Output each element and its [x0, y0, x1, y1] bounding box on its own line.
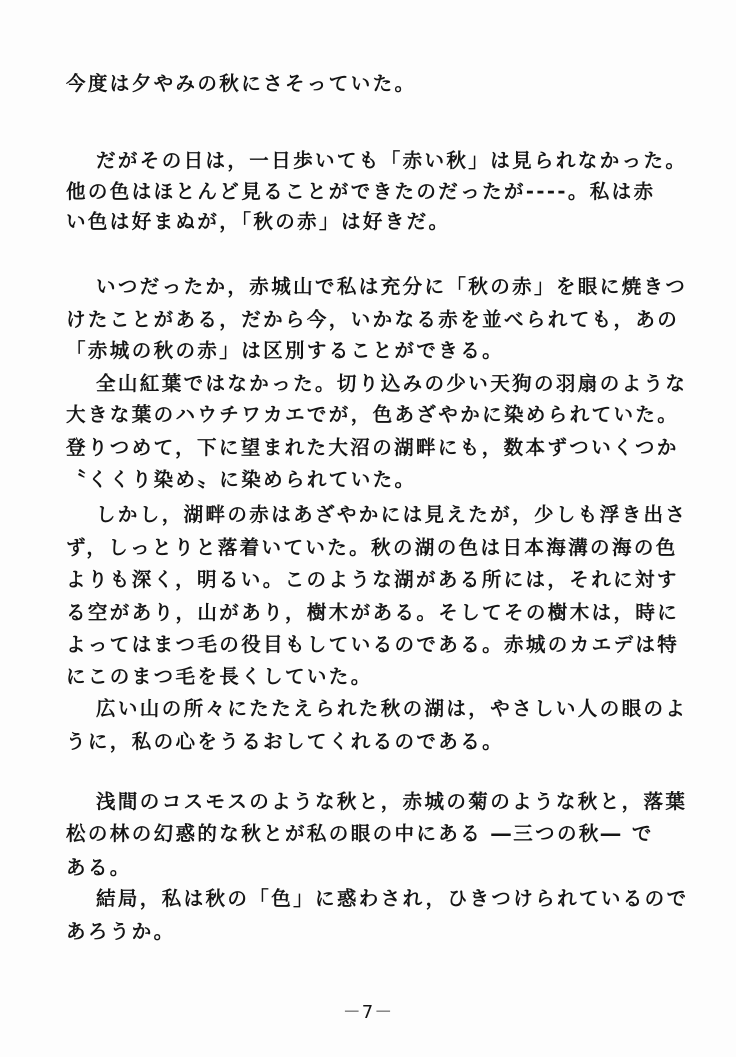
- text-line: けたことがある，だから今，いかなる赤を並べられても，あの: [66, 308, 679, 332]
- page-number: －7－: [0, 998, 736, 1024]
- text-line: にこのまつ毛を長くしていた。: [66, 665, 373, 689]
- text-line: 〝くくり染め〟に染められていた。: [66, 468, 416, 492]
- text-line: ず，しっとりと落着いていた。秋の湖の色は日本海溝の海の色: [66, 536, 678, 560]
- text-line: 今度は夕やみの秋にさそっていた。: [66, 72, 416, 96]
- text-line: 松の林の幻惑的な秋とが私の眼の中にある ―三つの秋― で: [66, 822, 654, 846]
- text-line: しかし，湖畔の赤はあざやかには見えたが，少しも浮き出さ: [96, 503, 687, 527]
- text-line: 全山紅葉ではなかった。切り込みの少い天狗の羽扇のような: [96, 372, 687, 396]
- text-line: 他の色はほとんど見ることができたのだったが----。私は赤: [66, 180, 655, 204]
- text-line: る空があり，山があり，樹木がある。そしてその樹木は，時に: [66, 601, 679, 625]
- text-line: いつだったか，赤城山で私は充分に「秋の赤」を眼に焼きつ: [96, 275, 687, 299]
- text-line: うに，私の心をうるおしてくれるのである。: [66, 730, 504, 754]
- text-line: だがその日は，一日歩いても「赤い秋」は見られなかった。: [96, 149, 687, 173]
- text-line: よりも深く，明るい。このような湖がある所には，それに対す: [66, 568, 679, 592]
- text-line: よってはまつ毛の役目もしているのである。赤城のカエデは特: [66, 633, 679, 657]
- text-line: あろうか。: [66, 920, 176, 944]
- text-line: 結局，私は秋の「色」に惑わされ，ひきつけられているので: [96, 887, 688, 911]
- text-line: 広い山の所々にたたえられた秋の湖は，やさしい人の眼のよ: [96, 697, 687, 721]
- text-line: ある。: [66, 856, 132, 880]
- document-page: 今度は夕やみの秋にさそっていた。だがその日は，一日歩いても「赤い秋」は見られなか…: [0, 0, 736, 1057]
- text-line: 大きな葉のハウチワカエでが，色あざやかに染められていた。: [66, 403, 679, 427]
- text-line: 「赤城の秋の赤」は区別することができる。: [66, 339, 504, 363]
- text-line: 登りつめて，下に望まれた大沼の湖畔にも，数本ずついくつか: [66, 436, 679, 460]
- text-line: 浅間のコスモスのような秋と，赤城の菊のような秋と，落葉: [96, 790, 687, 814]
- text-line: い色は好まぬが，「秋の赤」は好きだ。: [66, 210, 450, 234]
